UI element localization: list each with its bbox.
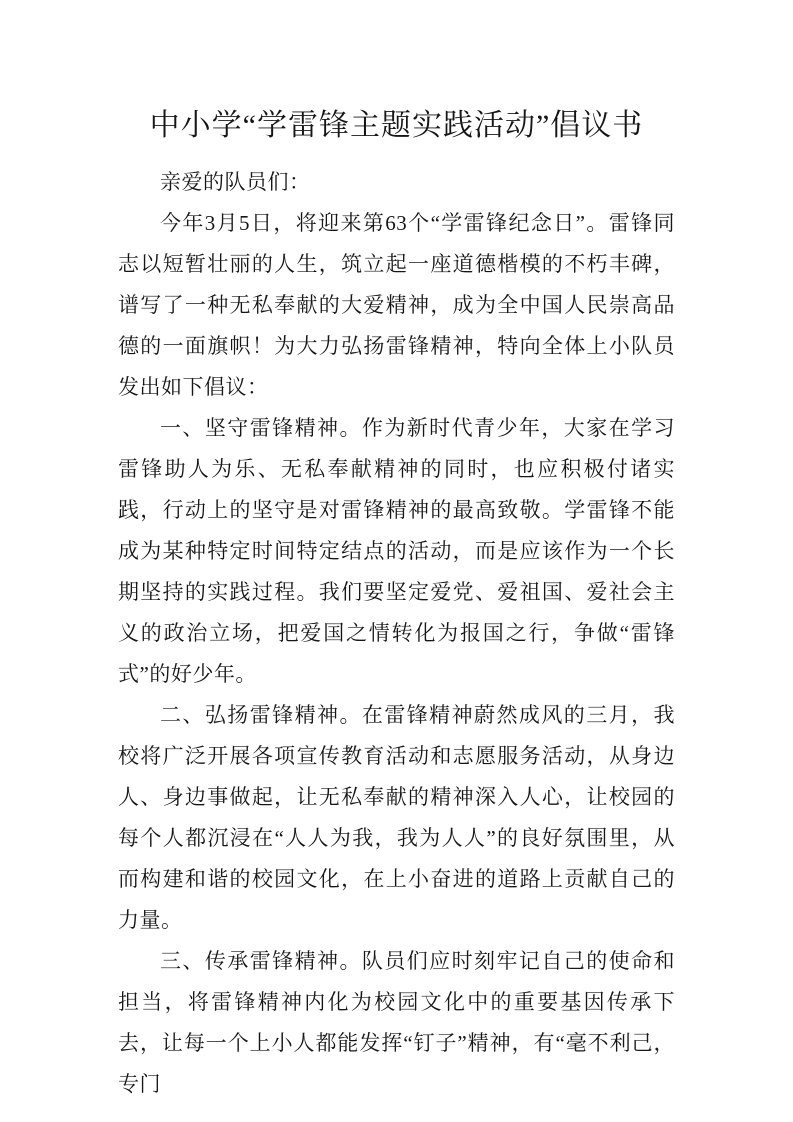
- body-paragraph-intro: 今年3月5日，将迎来第63个“学雷锋纪念日”。雷锋同志以短暂壮丽的人生，筑立起一…: [118, 203, 675, 408]
- document-title: 中小学“学雷锋主题实践活动”倡议书: [118, 104, 675, 148]
- body-paragraph-item-1: 一、坚守雷锋精神。作为新时代青少年，大家在学习雷锋助人为乐、无私奉献精神的同时，…: [118, 408, 675, 695]
- salutation: 亲爱的队员们：: [118, 162, 675, 203]
- body-paragraph-item-3: 三、传承雷锋精神。队员们应时刻牢记自己的使命和担当，将雷锋精神内化为校园文化中的…: [118, 941, 675, 1105]
- document-page: 中小学“学雷锋主题实践活动”倡议书 亲爱的队员们： 今年3月5日，将迎来第63个…: [0, 0, 793, 1122]
- body-paragraph-item-2: 二、弘扬雷锋精神。在雷锋精神蔚然成风的三月，我校将广泛开展各项宣传教育活动和志愿…: [118, 695, 675, 941]
